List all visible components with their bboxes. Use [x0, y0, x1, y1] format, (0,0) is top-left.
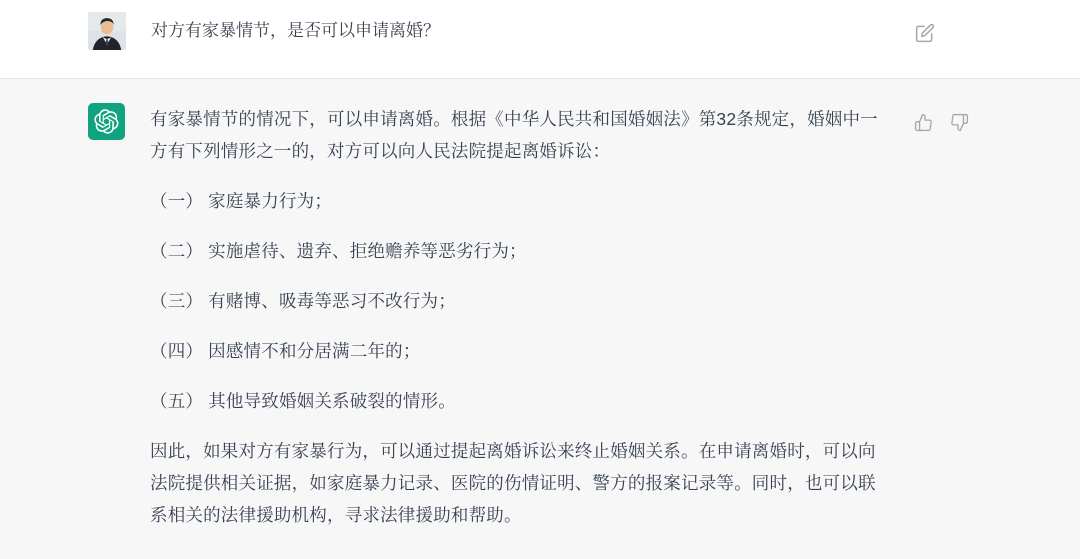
edit-pencil-icon [915, 23, 935, 43]
thumbs-up-icon [914, 113, 933, 132]
assistant-message-row: 有家暴情节的情况下，可以申请离婚。根据《中华人民共和国婚姻法》第32条规定，婚姻… [0, 79, 1080, 559]
list-item-1: （一） 家庭暴力行为； [150, 185, 892, 217]
edit-message-button[interactable] [915, 23, 935, 43]
list-item-4: （四） 因感情不和分居满二年的； [150, 335, 892, 367]
list-item-5: （五） 其他导致婚姻关系破裂的情形。 [150, 385, 892, 417]
thumbs-down-button[interactable] [950, 113, 969, 132]
assistant-message-actions [914, 113, 969, 132]
user-message-row: 对方有家暴情节，是否可以申请离婚？ [0, 0, 1080, 79]
user-photo-icon [88, 12, 126, 50]
user-message-text: 对方有家暴情节，是否可以申请离婚？ [151, 18, 893, 44]
list-item-2: （二） 实施虐待、遗弃、拒绝赡养等恶劣行为； [150, 235, 892, 267]
paragraph-conclusion: 因此，如果对方有家暴行为，可以通过提起离婚诉讼来终止婚姻关系。在申请离婚时，可以… [150, 435, 892, 531]
user-avatar [88, 12, 126, 50]
paragraph-intro: 有家暴情节的情况下，可以申请离婚。根据《中华人民共和国婚姻法》第32条规定，婚姻… [150, 103, 892, 167]
user-message-actions [915, 23, 935, 43]
chatgpt-logo-icon [94, 109, 119, 134]
thumbs-up-button[interactable] [914, 113, 933, 132]
list-item-3: （三） 有赌博、吸毒等恶习不改行为； [150, 285, 892, 317]
assistant-avatar [88, 103, 125, 140]
assistant-message-text: 有家暴情节的情况下，可以申请离婚。根据《中华人民共和国婚姻法》第32条规定，婚姻… [150, 103, 892, 531]
thumbs-down-icon [950, 113, 969, 132]
